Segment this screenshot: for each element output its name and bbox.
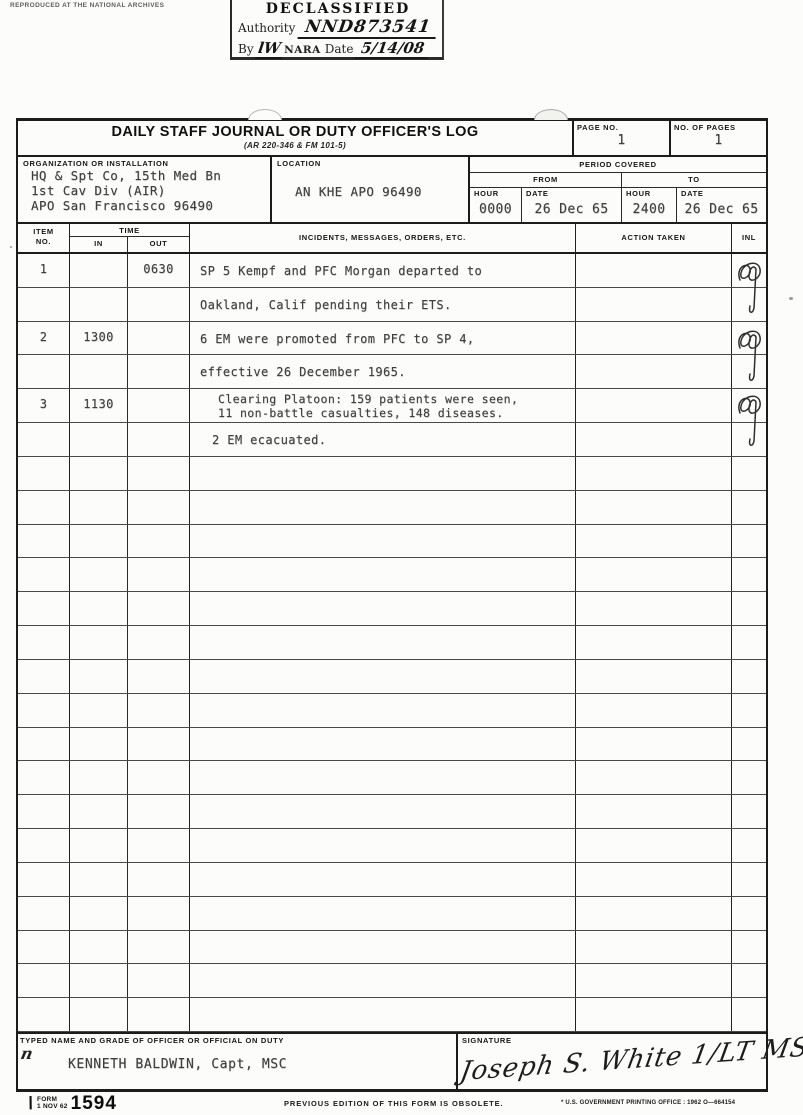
action-taken-cell [576, 795, 732, 828]
item-no-header: ITEM NO. [18, 224, 70, 252]
typed-name-label: TYPED NAME AND GRADE OF OFFICER OR OFFIC… [20, 1036, 456, 1045]
incidents-cell: Oakland, Calif pending their ETS. [190, 288, 576, 321]
inl-header: INL [732, 224, 766, 252]
incident-text-line: Clearing Platoon: 159 patients were seen… [200, 393, 575, 407]
incidents-cell [190, 525, 576, 558]
item-no-cell [18, 897, 70, 930]
to-date-value: 26 Dec 65 [677, 201, 766, 222]
table-column-headers: ITEM NO. TIME IN OUT INCIDENTS, MESSAGES… [18, 224, 766, 254]
action-taken-cell [576, 355, 732, 388]
location-value: AN KHE APO 96490 [295, 184, 468, 199]
nara-label: NARA [284, 44, 321, 56]
time-out-cell [128, 592, 190, 625]
incident-text-line: 6 EM were promoted from PFC to SP 4, [200, 322, 575, 346]
to-hour-label: HOUR [622, 188, 677, 201]
action-taken-cell [576, 964, 732, 997]
time-in-cell [70, 660, 128, 693]
time-out-cell [128, 964, 190, 997]
inl-cell [732, 525, 766, 558]
incident-text-line: 11 non-battle casualties, 148 diseases. [200, 407, 575, 421]
from-hour-label: HOUR [470, 188, 522, 201]
hole-punch-mark [248, 109, 282, 120]
time-in-cell [70, 558, 128, 591]
daily-staff-journal-form: DAILY STAFF JOURNAL OR DUTY OFFICER'S LO… [16, 118, 768, 1092]
from-hour-value: 0000 [470, 201, 522, 222]
incidents-cell [190, 626, 576, 659]
incidents-cell [190, 863, 576, 896]
action-taken-cell [576, 491, 732, 524]
item-no-cell [18, 660, 70, 693]
action-taken-cell [576, 931, 732, 964]
action-taken-cell [576, 761, 732, 794]
action-taken-cell [576, 694, 732, 727]
action-taken-cell [576, 897, 732, 930]
item-no-cell [18, 423, 70, 456]
item-no-cell [18, 288, 70, 321]
authority-label: Authority [238, 21, 295, 35]
time-out-cell [128, 931, 190, 964]
form-label: FORM [37, 1096, 57, 1103]
obsolete-edition-note: PREVIOUS EDITION OF THIS FORM IS OBSOLET… [284, 1099, 503, 1108]
to-hour-value: 2400 [622, 201, 677, 222]
time-out-header: OUT [128, 237, 189, 252]
table-row [18, 491, 766, 525]
time-in-cell-value: 1130 [70, 389, 127, 411]
date-handwritten-value: 5/14/08 [355, 39, 431, 59]
reproduced-at-archives-note: REPRODUCED AT THE NATIONAL ARCHIVES [10, 2, 164, 9]
time-in-cell [70, 355, 128, 388]
item-no-cell [18, 457, 70, 490]
inl-cell [732, 558, 766, 591]
inl-cell [732, 897, 766, 930]
declassified-title: DECLASSIFIED [238, 1, 438, 17]
time-in-cell [70, 897, 128, 930]
time-out-cell [128, 761, 190, 794]
inl-cell [732, 694, 766, 727]
time-out-cell-value: 0630 [128, 254, 189, 276]
incidents-cell: 6 EM were promoted from PFC to SP 4, [190, 322, 576, 355]
time-out-cell [128, 457, 190, 490]
inl-cell [732, 660, 766, 693]
item-no-cell [18, 795, 70, 828]
table-row [18, 525, 766, 559]
inl-cell [732, 457, 766, 490]
inl-cell [732, 964, 766, 997]
declassified-stamp: DECLASSIFIED Authority NND873541 By lW N… [230, 0, 444, 60]
scan-speck [10, 246, 12, 248]
inl-cell [732, 626, 766, 659]
table-row: 31130Clearing Platoon: 159 patients were… [18, 389, 766, 423]
da-form-number: \ FORM 1 NOV 62 1594 [28, 1093, 117, 1115]
table-row: 10630SP 5 Kempf and PFC Morgan departed … [18, 254, 766, 288]
incident-text-line: SP 5 Kempf and PFC Morgan departed to [200, 254, 575, 278]
inl-cell [732, 998, 766, 1031]
time-header-label: TIME [70, 224, 189, 237]
inl-cell [732, 491, 766, 524]
incidents-cell [190, 795, 576, 828]
authority-handwritten-value: NND873541 [298, 17, 439, 39]
time-out-cell [128, 795, 190, 828]
item-no-cell: 2 [18, 322, 70, 355]
incidents-cell: effective 26 December 1965. [190, 355, 576, 388]
table-row [18, 728, 766, 762]
typed-name-value: KENNETH BALDWIN, Capt, MSC [68, 1057, 456, 1072]
inl-cell [732, 728, 766, 761]
form-number-strip: \ FORM 1 NOV 62 1594 PREVIOUS EDITION OF… [16, 1093, 796, 1115]
action-taken-header: ACTION TAKEN [576, 224, 732, 252]
incidents-cell [190, 964, 576, 997]
table-row: 213006 EM were promoted from PFC to SP 4… [18, 322, 766, 356]
time-out-cell [128, 423, 190, 456]
table-row: effective 26 December 1965. [18, 355, 766, 389]
handwritten-mark: n [19, 1044, 35, 1063]
table-row [18, 931, 766, 965]
table-row [18, 897, 766, 931]
incidents-cell [190, 457, 576, 490]
incidents-cell [190, 491, 576, 524]
item-no-cell-value: 2 [18, 322, 69, 344]
from-label: FROM [470, 173, 622, 187]
action-taken-cell [576, 288, 732, 321]
to-date-label: DATE [677, 188, 766, 201]
item-no-cell [18, 525, 70, 558]
time-out-cell [128, 829, 190, 862]
action-taken-cell [576, 389, 732, 422]
table-row [18, 761, 766, 795]
footer-band: TYPED NAME AND GRADE OF OFFICER OR OFFIC… [18, 1032, 766, 1089]
incidents-cell [190, 931, 576, 964]
by-label: By [238, 42, 254, 56]
table-row [18, 558, 766, 592]
location-box: LOCATION AN KHE APO 96490 [270, 157, 468, 222]
action-taken-cell [576, 863, 732, 896]
incidents-cell: Clearing Platoon: 159 patients were seen… [190, 389, 576, 422]
signature-box: SIGNATURE Joseph S. White 1/LT MSC [458, 1034, 766, 1089]
time-in-cell [70, 829, 128, 862]
action-taken-cell [576, 626, 732, 659]
item-no-cell: 1 [18, 254, 70, 287]
form-number-value: 1594 [71, 1093, 117, 1115]
period-covered-box: PERIOD COVERED FROM TO HOUR DATE HOUR DA… [468, 157, 766, 222]
table-row: Oakland, Calif pending their ETS. [18, 288, 766, 322]
location-label: LOCATION [277, 159, 468, 168]
action-taken-cell [576, 423, 732, 456]
no-of-pages-label: NO. OF PAGES [674, 123, 763, 132]
table-row [18, 964, 766, 998]
action-taken-cell [576, 998, 732, 1031]
item-no-cell [18, 964, 70, 997]
action-taken-cell [576, 525, 732, 558]
time-in-cell [70, 491, 128, 524]
table-row [18, 592, 766, 626]
incidents-cell [190, 694, 576, 727]
date-label: Date [325, 42, 354, 56]
incident-text-line: 2 EM ecacuated. [200, 423, 575, 447]
gpo-printing-note: * U.S. GOVERNMENT PRINTING OFFICE : 1962… [561, 1100, 735, 1106]
time-out-cell [128, 728, 190, 761]
time-in-cell [70, 254, 128, 287]
table-row [18, 660, 766, 694]
page-no-box: PAGE NO. 1 [572, 121, 669, 155]
typed-name-box: TYPED NAME AND GRADE OF OFFICER OR OFFIC… [18, 1034, 458, 1089]
time-out-cell [128, 525, 190, 558]
from-date-label: DATE [522, 188, 622, 201]
incidents-cell [190, 829, 576, 862]
inl-cell [732, 829, 766, 862]
action-taken-cell [576, 829, 732, 862]
time-out-cell [128, 288, 190, 321]
time-in-cell: 1300 [70, 322, 128, 355]
item-no-cell [18, 761, 70, 794]
time-out-cell [128, 660, 190, 693]
to-label: TO [622, 173, 766, 187]
incidents-cell: SP 5 Kempf and PFC Morgan departed to [190, 254, 576, 287]
item-no-cell [18, 558, 70, 591]
handwritten-initials-monogram [733, 258, 765, 318]
time-in-cell [70, 626, 128, 659]
incidents-cell [190, 728, 576, 761]
inl-cell [732, 592, 766, 625]
no-of-pages-box: NO. OF PAGES 1 [669, 121, 766, 155]
item-no-cell [18, 694, 70, 727]
time-out-cell [128, 626, 190, 659]
from-date-value: 26 Dec 65 [522, 201, 622, 222]
action-taken-cell [576, 254, 732, 287]
time-out-cell [128, 998, 190, 1031]
by-handwritten-initials: lW [254, 39, 283, 59]
item-no-cell: 3 [18, 389, 70, 422]
incidents-cell [190, 761, 576, 794]
handwritten-initials-monogram [733, 326, 765, 386]
item-no-cell [18, 931, 70, 964]
page-no-value: 1 [577, 133, 666, 148]
table-row: 2 EM ecacuated. [18, 423, 766, 457]
time-out-cell: 0630 [128, 254, 190, 287]
item-no-cell [18, 626, 70, 659]
time-out-cell [128, 558, 190, 591]
incidents-cell [190, 558, 576, 591]
scan-speck [789, 297, 793, 300]
inl-cell [732, 795, 766, 828]
item-no-cell-value: 1 [18, 254, 69, 276]
action-taken-cell [576, 558, 732, 591]
period-covered-label: PERIOD COVERED [470, 157, 766, 173]
time-out-cell [128, 389, 190, 422]
item-no-cell-value: 3 [18, 389, 69, 411]
action-taken-cell [576, 592, 732, 625]
incidents-cell [190, 998, 576, 1031]
form-edge-mark: \ [26, 1093, 35, 1114]
time-in-header: IN [70, 237, 128, 252]
time-in-cell-value: 1300 [70, 322, 127, 344]
time-in-cell [70, 592, 128, 625]
time-out-cell [128, 355, 190, 388]
table-row [18, 694, 766, 728]
action-taken-cell [576, 728, 732, 761]
form-title: DAILY STAFF JOURNAL OR DUTY OFFICER'S LO… [18, 124, 572, 140]
organization-line: 1st Cav Div (AIR) [31, 183, 270, 198]
scanned-document-page: { "archive": { "reproduced_note": "REPRO… [0, 0, 803, 1115]
form-date: 1 NOV 62 [37, 1103, 68, 1110]
item-no-cell [18, 728, 70, 761]
time-in-cell [70, 998, 128, 1031]
inl-cell [732, 931, 766, 964]
journal-rows: 10630SP 5 Kempf and PFC Morgan departed … [18, 254, 766, 1032]
incident-text-line: effective 26 December 1965. [200, 355, 575, 379]
time-in-cell [70, 795, 128, 828]
item-no-cell [18, 491, 70, 524]
action-taken-cell [576, 457, 732, 490]
time-in-cell [70, 964, 128, 997]
item-no-cell [18, 829, 70, 862]
time-in-cell [70, 288, 128, 321]
inl-cell [732, 761, 766, 794]
time-in-cell [70, 457, 128, 490]
organization-box: ORGANIZATION OR INSTALLATION HQ & Spt Co… [18, 157, 270, 222]
table-row [18, 863, 766, 897]
incidents-cell [190, 897, 576, 930]
time-in-cell [70, 694, 128, 727]
table-row [18, 457, 766, 491]
table-row [18, 626, 766, 660]
item-no-cell [18, 998, 70, 1031]
inl-cell [732, 863, 766, 896]
incidents-cell [190, 660, 576, 693]
organization-line: APO San Francisco 96490 [31, 198, 270, 213]
time-in-cell [70, 525, 128, 558]
incidents-header: INCIDENTS, MESSAGES, ORDERS, ETC. [190, 224, 576, 252]
time-header: TIME IN OUT [70, 224, 190, 252]
form-regulation-subtitle: (AR 220-346 & FM 101-5) [18, 141, 572, 150]
incident-text-line: Oakland, Calif pending their ETS. [200, 288, 575, 312]
hole-punch-mark [534, 109, 568, 120]
item-no-cell [18, 863, 70, 896]
time-out-cell [128, 897, 190, 930]
action-taken-cell [576, 322, 732, 355]
incidents-cell [190, 592, 576, 625]
time-in-cell [70, 863, 128, 896]
time-in-cell [70, 761, 128, 794]
form-title-band: DAILY STAFF JOURNAL OR DUTY OFFICER'S LO… [18, 121, 766, 157]
incidents-cell: 2 EM ecacuated. [190, 423, 576, 456]
action-taken-cell [576, 660, 732, 693]
time-out-cell [128, 694, 190, 727]
time-in-cell [70, 423, 128, 456]
page-no-label: PAGE NO. [577, 123, 666, 132]
time-out-cell [128, 863, 190, 896]
time-in-cell [70, 728, 128, 761]
item-no-cell [18, 592, 70, 625]
table-row [18, 795, 766, 829]
organization-line: HQ & Spt Co, 15th Med Bn [31, 168, 270, 183]
handwritten-initials-monogram [733, 391, 765, 451]
item-no-cell [18, 355, 70, 388]
table-row [18, 829, 766, 863]
time-in-cell: 1130 [70, 389, 128, 422]
organization-label: ORGANIZATION OR INSTALLATION [23, 159, 270, 168]
no-of-pages-value: 1 [674, 133, 763, 148]
time-out-cell [128, 322, 190, 355]
time-in-cell [70, 931, 128, 964]
info-band: ORGANIZATION OR INSTALLATION HQ & Spt Co… [18, 157, 766, 224]
table-row [18, 998, 766, 1032]
time-out-cell [128, 491, 190, 524]
